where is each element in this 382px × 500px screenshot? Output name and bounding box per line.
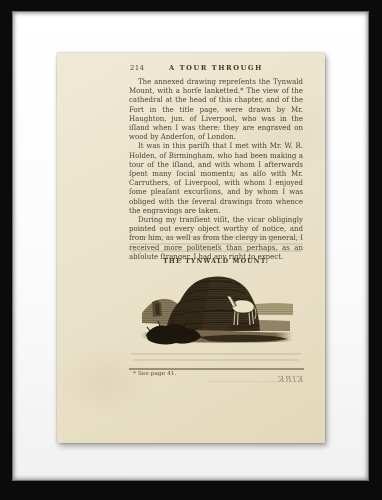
paragraph-3: During my tranſient viſit, the vicar obl…: [129, 216, 303, 262]
tynwald-mount-engraving: [140, 271, 293, 351]
plate-engraving: [140, 271, 293, 351]
framed-print: 214 A TOUR THROUGH The annexed drawing r…: [0, 0, 382, 500]
body-text: The annexed drawing repreſents the Tynwa…: [129, 78, 303, 262]
footnote: * See page 41.: [133, 371, 176, 377]
ghost-showthrough-line: [131, 236, 301, 238]
paragraph-1: The annexed drawing repreſents the Tynwa…: [129, 78, 303, 142]
page-number: 214: [130, 64, 144, 72]
frame-mat: 214 A TOUR THROUGH The annexed drawing r…: [13, 12, 368, 480]
ghost-showthrough-line: [133, 359, 299, 361]
running-title: A TOUR THROUGH: [129, 64, 303, 72]
catchword-showthrough: KIRK: [277, 374, 303, 384]
paragraph-2: It was in this pariſh that I met with Mr…: [129, 142, 303, 216]
plate-caption: THE TYNWALD MOUNT.: [129, 258, 303, 265]
book-page: 214 A TOUR THROUGH The annexed drawing r…: [57, 53, 325, 443]
ghost-showthrough-line: [130, 250, 302, 252]
ghost-showthrough-line: [131, 353, 301, 355]
page-header: 214 A TOUR THROUGH: [129, 64, 303, 74]
ghost-showthrough-line: [129, 243, 303, 245]
footnote-showthrough-rule: [129, 368, 304, 370]
